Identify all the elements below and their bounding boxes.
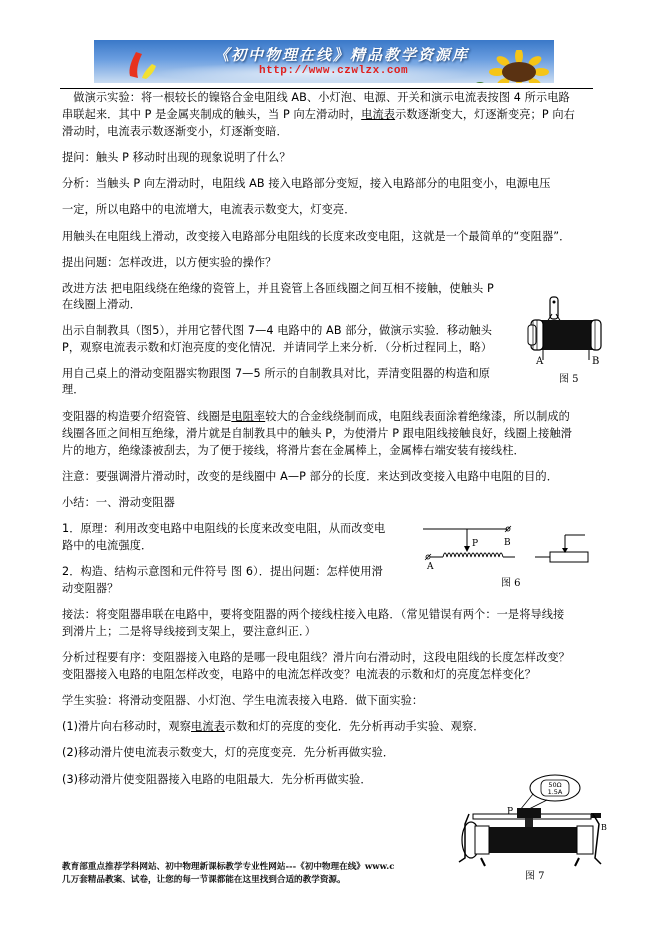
svg-text:B: B — [592, 356, 599, 367]
paragraph-principle-line1: 1．原理：利用改变电路中电阻线的长度来改变电阻，从而改变电 — [62, 520, 385, 537]
text: 示数逐渐变大，灯逐渐变亮；P 向右 — [395, 108, 575, 121]
paragraph-analysis-order-line1: 分析过程要有序：变阻器接入电路的是哪一段电阻线？滑片向右滑动时，这段电阻线的长度… — [62, 649, 570, 666]
text: (1)滑片向右移动时，观察 — [62, 720, 191, 733]
svg-text:A: A — [535, 356, 544, 367]
paragraph-improve-method-line2: 在线圈上滑动． — [62, 296, 141, 313]
banner-title: 《初中物理在线》精品教学资源库 — [214, 44, 469, 65]
paragraph-note: 注意：要强调滑片滑动时，改变的是线圈中 A—P 部分的长度．来达到改变接入电路中… — [62, 468, 558, 485]
paragraph-demo-line2: 串联起来．其中 P 是金属夹制成的触头，当 P 向左滑动时，电流表示数逐渐变大，… — [62, 106, 575, 123]
paragraph-construction-line2: 动变阻器？ — [62, 580, 118, 597]
experiment-step-2: (2)移动滑片使电流表示数变大，灯的亮度变亮．先分析再做实验． — [62, 744, 394, 761]
paragraph-demo-line1: 做演示实验：将一根较长的镍铬合金电阻线 AB、小灯泡、电源、开关和演示电流表按图… — [62, 89, 570, 106]
svg-text:B: B — [504, 538, 511, 548]
paragraph-structure-line2: 线圈各匝之间相互绝缘，滑片就是自制教具中的触头 P，为使滑片 P 跟电阻线接触良… — [62, 425, 572, 442]
paragraph-improve-method-line1: 改进方法 把电阻线绕在绝缘的瓷管上，并且瓷管上各匝线圈之间互相不接触，使触头 P — [62, 280, 494, 297]
paragraph-simple-rheostat: 用触头在电阻线上滑动，改变接入电路部分电阻线的长度来改变电阻，这就是一个最简单的… — [62, 228, 570, 245]
paragraph-connection-line1: 接法：将变阻器串联在电路中，要将变阻器的两个接线柱接入电路．（常见错误有两个：一… — [62, 606, 564, 623]
figure-6-caption: 图 6 — [501, 574, 521, 589]
text: 较大的合金线绕制而成，电阻线表面涂着绝缘漆，所以制成的 — [265, 410, 570, 423]
paragraph-compare-line1: 用自己桌上的滑动变阻器实物跟图 7—5 所示的自制教具对比，弄清变阻器的构造和原 — [62, 365, 490, 382]
slide-rheostat-icon: 50Ω 1.5A P B — [455, 772, 615, 867]
site-logo-icon — [126, 48, 166, 82]
paragraph-summary-heading: 小结：一、滑动变阻器 — [62, 494, 175, 511]
experiment-step-1: (1)滑片向右移动时，观察电流表示数和灯的亮度的变化．先分析再动手实验、观察． — [62, 718, 485, 735]
underlined-term-ammeter: 电流表 — [361, 108, 395, 121]
svg-text:B: B — [601, 823, 607, 832]
paragraph-principle-line2: 路中的电流强度． — [62, 537, 152, 554]
svg-text:1.5A: 1.5A — [548, 788, 563, 796]
paragraph-analysis-line1: 分析：当触头 P 向左滑动时，电阻线 AB 接入电路部分变短，接入电路部分的电阻… — [62, 175, 551, 192]
text: 串联起来．其中 P 是金属夹制成的触头，当 P 向左滑动时， — [62, 108, 361, 121]
paragraph-compare-line2: 理． — [62, 381, 85, 398]
footer-line2: 几万套精品教案、试卷，让您的每一节课都能在这里找到合适的教学资源。 — [62, 874, 346, 886]
paragraph-show-teaching-aid-line1: 出示自制教具（图5），并用它替代图 7—4 电路中的 AB 部分，做演示实验．移… — [62, 322, 492, 339]
paragraph-structure-line1: 变阻器的构造要介绍瓷管、线圈是电阻率较大的合金线绕制而成，电阻线表面涂着绝缘漆，… — [62, 408, 570, 425]
figure-5-coil: A B 图 5 — [525, 292, 615, 387]
header-banner: 《初中物理在线》精品教学资源库 http://www.czwlzx.com — [94, 40, 554, 83]
paragraph-show-teaching-aid-line2: P，观察电流表示数和灯泡亮度的变化情况．并请同学上来分析．（分析过程同上，略） — [62, 339, 492, 356]
paragraph-analysis-line2: 一定，所以电路中的电流增大，电流表示数变大，灯变亮． — [62, 201, 355, 218]
text: 变阻器的构造要介绍瓷管、线圈是 — [62, 410, 231, 423]
figure-7-caption: 图 7 — [525, 867, 545, 882]
rheostat-schematic-icon: B P A — [415, 518, 615, 573]
paragraph-demo-line3: 滑动时，电流表示数逐渐变小，灯逐渐变暗． — [62, 123, 288, 140]
experiment-step-3: (3)移动滑片使变阻器接入电路的电阻最大．先分析再做实验． — [62, 771, 372, 788]
paragraph-question: 提问：触头 P 移动时出现的现象说明了什么？ — [62, 149, 291, 166]
document-page: 《初中物理在线》精品教学资源库 http://www.czwlzx.com — [0, 0, 661, 936]
figure-7-slide-rheostat: 50Ω 1.5A P B 图 7 — [455, 772, 615, 882]
paragraph-construction-line1: 2．构造、结构示意图和元件符号 图 6）．提出问题：怎样使用滑 — [62, 563, 383, 580]
underlined-term-ammeter: 电流表 — [191, 720, 225, 733]
svg-text:P: P — [472, 539, 478, 549]
sunflower-icon — [474, 50, 549, 83]
paragraph-structure-line3: 片的地方，绝缘漆被刮去，为了便于接线，将滑片套在金属棒上，金属棒右端安装有接线柱… — [62, 442, 525, 459]
svg-text:A: A — [426, 562, 434, 572]
paragraph-improve-question: 提出问题：怎样改进，以方便实验的操作？ — [62, 254, 276, 271]
footer-line1: 教育部重点推荐学科网站、初中物理新课标教学专业性网站---《初中物理在线》www… — [62, 861, 394, 873]
paragraph-connection-line2: 到滑片上；二是将导线接到支架上，要注意纠正．） — [62, 623, 316, 640]
banner-url[interactable]: http://www.czwlzx.com — [259, 65, 408, 77]
text: 示数和灯的亮度的变化．先分析再动手实验、观察． — [225, 720, 485, 733]
underlined-term-resistivity: 电阻率 — [231, 410, 265, 423]
figure-6-schematic: B P A 图 6 — [415, 518, 615, 588]
figure-5-caption: 图 5 — [559, 370, 579, 385]
paragraph-analysis-order-line2: 变阻器接入电路的电阻怎样改变，电路中的电流怎样改变？电流表的示数和灯的亮度怎样变… — [62, 666, 536, 683]
paragraph-student-experiment: 学生实验：将滑动变阻器、小灯泡、学生电流表接入电路．做下面实验： — [62, 692, 423, 709]
rheostat-coil-icon: A B — [525, 292, 615, 372]
